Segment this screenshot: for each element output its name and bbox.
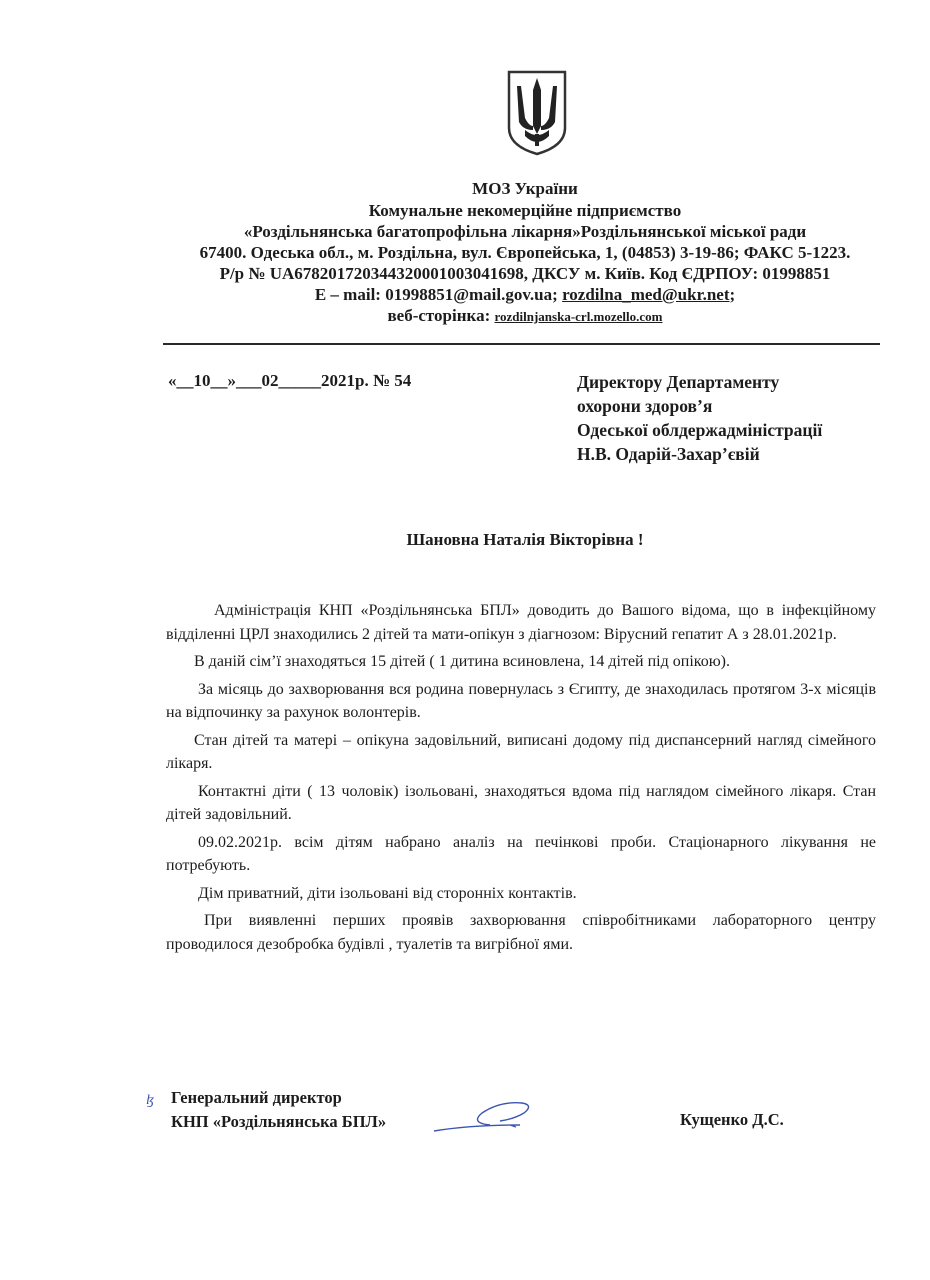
date-and-number: «__10__»___02_____2021р. № 54 [168, 371, 411, 391]
ministry-name: МОЗ України [160, 178, 890, 199]
addressee-block: Директору Департаменту охорони здоров’я … [577, 370, 822, 466]
body-paragraph: Дім приватний, діти ізольовані від сторо… [166, 882, 876, 906]
signatory-title-line: Генеральний директор [171, 1086, 386, 1110]
email-label: E – mail: 01998851@mail.gov.ua; [315, 285, 562, 304]
handwritten-mark: ɮ [146, 1093, 154, 1109]
body-paragraph: Контактні діти ( 13 чоловік) ізольовані,… [166, 780, 876, 827]
signatory-title: Генеральний директор КНП «Роздільнянська… [171, 1086, 386, 1134]
coat-of-arms-icon [505, 68, 569, 158]
web-label: веб-сторінка: [388, 306, 495, 325]
body-paragraph: За місяць до захворювання вся родина пов… [166, 678, 876, 725]
email-link[interactable]: rozdilna_med@ukr.net [562, 285, 729, 304]
handwritten-signature-icon [430, 1095, 540, 1135]
greeting: Шановна Наталія Вікторівна ! [160, 530, 890, 550]
body-paragraph: При виявленні перших проявів захворюванн… [166, 909, 876, 956]
web-line: веб-сторінка: rozdilnjanska-crl.mozello.… [160, 305, 890, 327]
addressee-line: Н.В. Одарій-Захар’євій [577, 442, 822, 466]
org-address: 67400. Одеська обл., м. Роздільна, вул. … [160, 242, 890, 263]
letter-body: Адміністрація КНП «Роздільнянська БПЛ» д… [166, 599, 876, 956]
org-type: Комунальне некомерційне підприємство [160, 200, 890, 221]
email-line: E – mail: 01998851@mail.gov.ua; rozdilna… [160, 284, 890, 305]
addressee-line: охорони здоров’я [577, 394, 822, 418]
addressee-line: Одеської облдержадміністрації [577, 418, 822, 442]
body-paragraph: Адміністрація КНП «Роздільнянська БПЛ» д… [166, 599, 876, 646]
header-divider [163, 343, 880, 345]
addressee-line: Директору Департаменту [577, 370, 822, 394]
web-link[interactable]: rozdilnjanska-crl.mozello.com [494, 309, 662, 324]
email-suffix: ; [729, 285, 735, 304]
signatory-name: Кущенко Д.С. [680, 1110, 784, 1130]
bank-details: Р/р № UA678201720344320001003041698, ДКС… [160, 263, 890, 284]
body-paragraph: Стан дітей та матері – опікуна задовільн… [166, 729, 876, 776]
signatory-title-line: КНП «Роздільнянська БПЛ» [171, 1110, 386, 1134]
org-name: «Роздільнянська багатопрофільна лікарня»… [160, 221, 890, 242]
body-paragraph: В даній сім’ї знаходяться 15 дітей ( 1 д… [166, 650, 876, 674]
body-paragraph: 09.02.2021р. всім дітям набрано аналіз н… [166, 831, 876, 878]
